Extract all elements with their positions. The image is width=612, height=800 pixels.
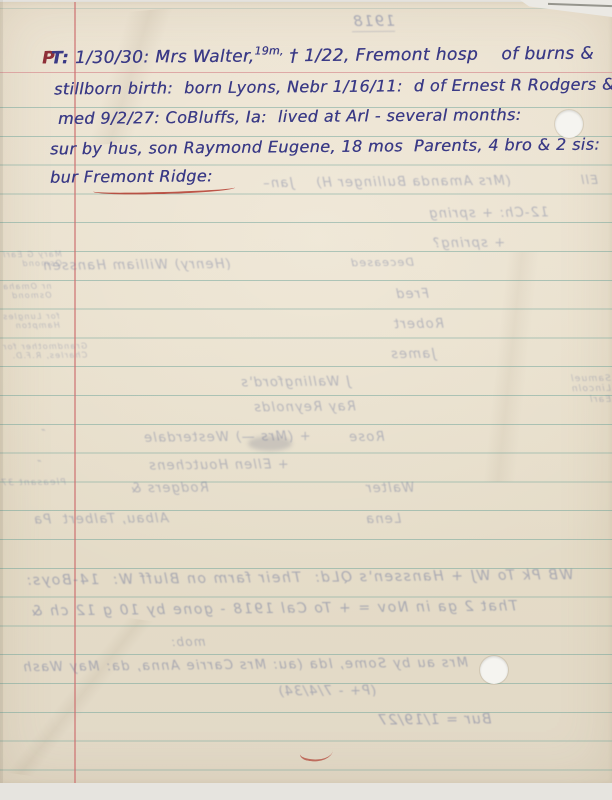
bleed-text: ″ (40, 428, 45, 441)
bleed-text: Pleasant 37 (0, 478, 66, 489)
bleed-text: Bur = 1/19/27 (377, 711, 492, 728)
line1-body: 1/30/30: Mrs Walter, (69, 47, 255, 69)
hole-punch-top (555, 110, 583, 138)
bleed-text: Grandmother for Charles, R.F.D. (2, 342, 87, 361)
paper-edge-bottom (0, 783, 612, 800)
bleed-text: Rodgers & (130, 482, 209, 498)
bleed-text: (P+ - 7/4/34) (277, 684, 376, 700)
bleed-text-year: 1918 (352, 13, 395, 33)
hole-punch-bottom (480, 656, 508, 684)
bleed-text: for Lungles Hampton (2, 312, 60, 331)
bleed-text: + Ellen Houtchens (148, 458, 289, 474)
handwritten-line-3: med 9/2/27: CoBluffs, Ia: lived at Arl -… (58, 105, 522, 128)
bleed-text: Deceased (350, 257, 414, 270)
bleed-text: Lena (365, 513, 401, 528)
bleed-text: mob: (170, 636, 206, 650)
bleed-text: nr Omaha Osmond (2, 282, 52, 301)
line1-superscript: 19m, (254, 44, 283, 57)
bleed-text: ″ (36, 459, 41, 472)
bleed-text: (Mrs Amanda Bullinger H) Jan– (262, 175, 511, 193)
bleed-text: Fred (395, 288, 429, 303)
bleed-text: (Henry) William Hanssen (42, 258, 231, 275)
bleed-text: + spring? (432, 237, 505, 253)
bleed-text: Walter (365, 482, 415, 497)
bleed-text: Ray Reynolds (253, 400, 356, 416)
header-rule-line (0, 72, 612, 73)
initial-t: T: (51, 48, 69, 68)
paper-edge-left (0, 0, 3, 800)
bleed-text: Albau, Talbert Pa (33, 512, 169, 528)
scanned-page: 1918 (Mrs Amanda Bullinger H) Jan– Ell 1… (0, 0, 612, 800)
ruled-line-top (0, 8, 612, 9)
line1-tail: † 1/22, Fremont hosp of burns & (283, 44, 594, 67)
ink-smudge (248, 436, 292, 451)
bleed-text: 12-Ch: + spring (428, 206, 549, 222)
bleed-text: Samuel Lincoln Earl (570, 374, 611, 405)
bleed-text: Ell (580, 174, 598, 188)
bleed-text: Rose (348, 431, 385, 446)
bleed-text: Robert (393, 318, 444, 333)
bleed-text: James (390, 348, 435, 363)
bleed-text: J Wallingford's (240, 375, 350, 391)
